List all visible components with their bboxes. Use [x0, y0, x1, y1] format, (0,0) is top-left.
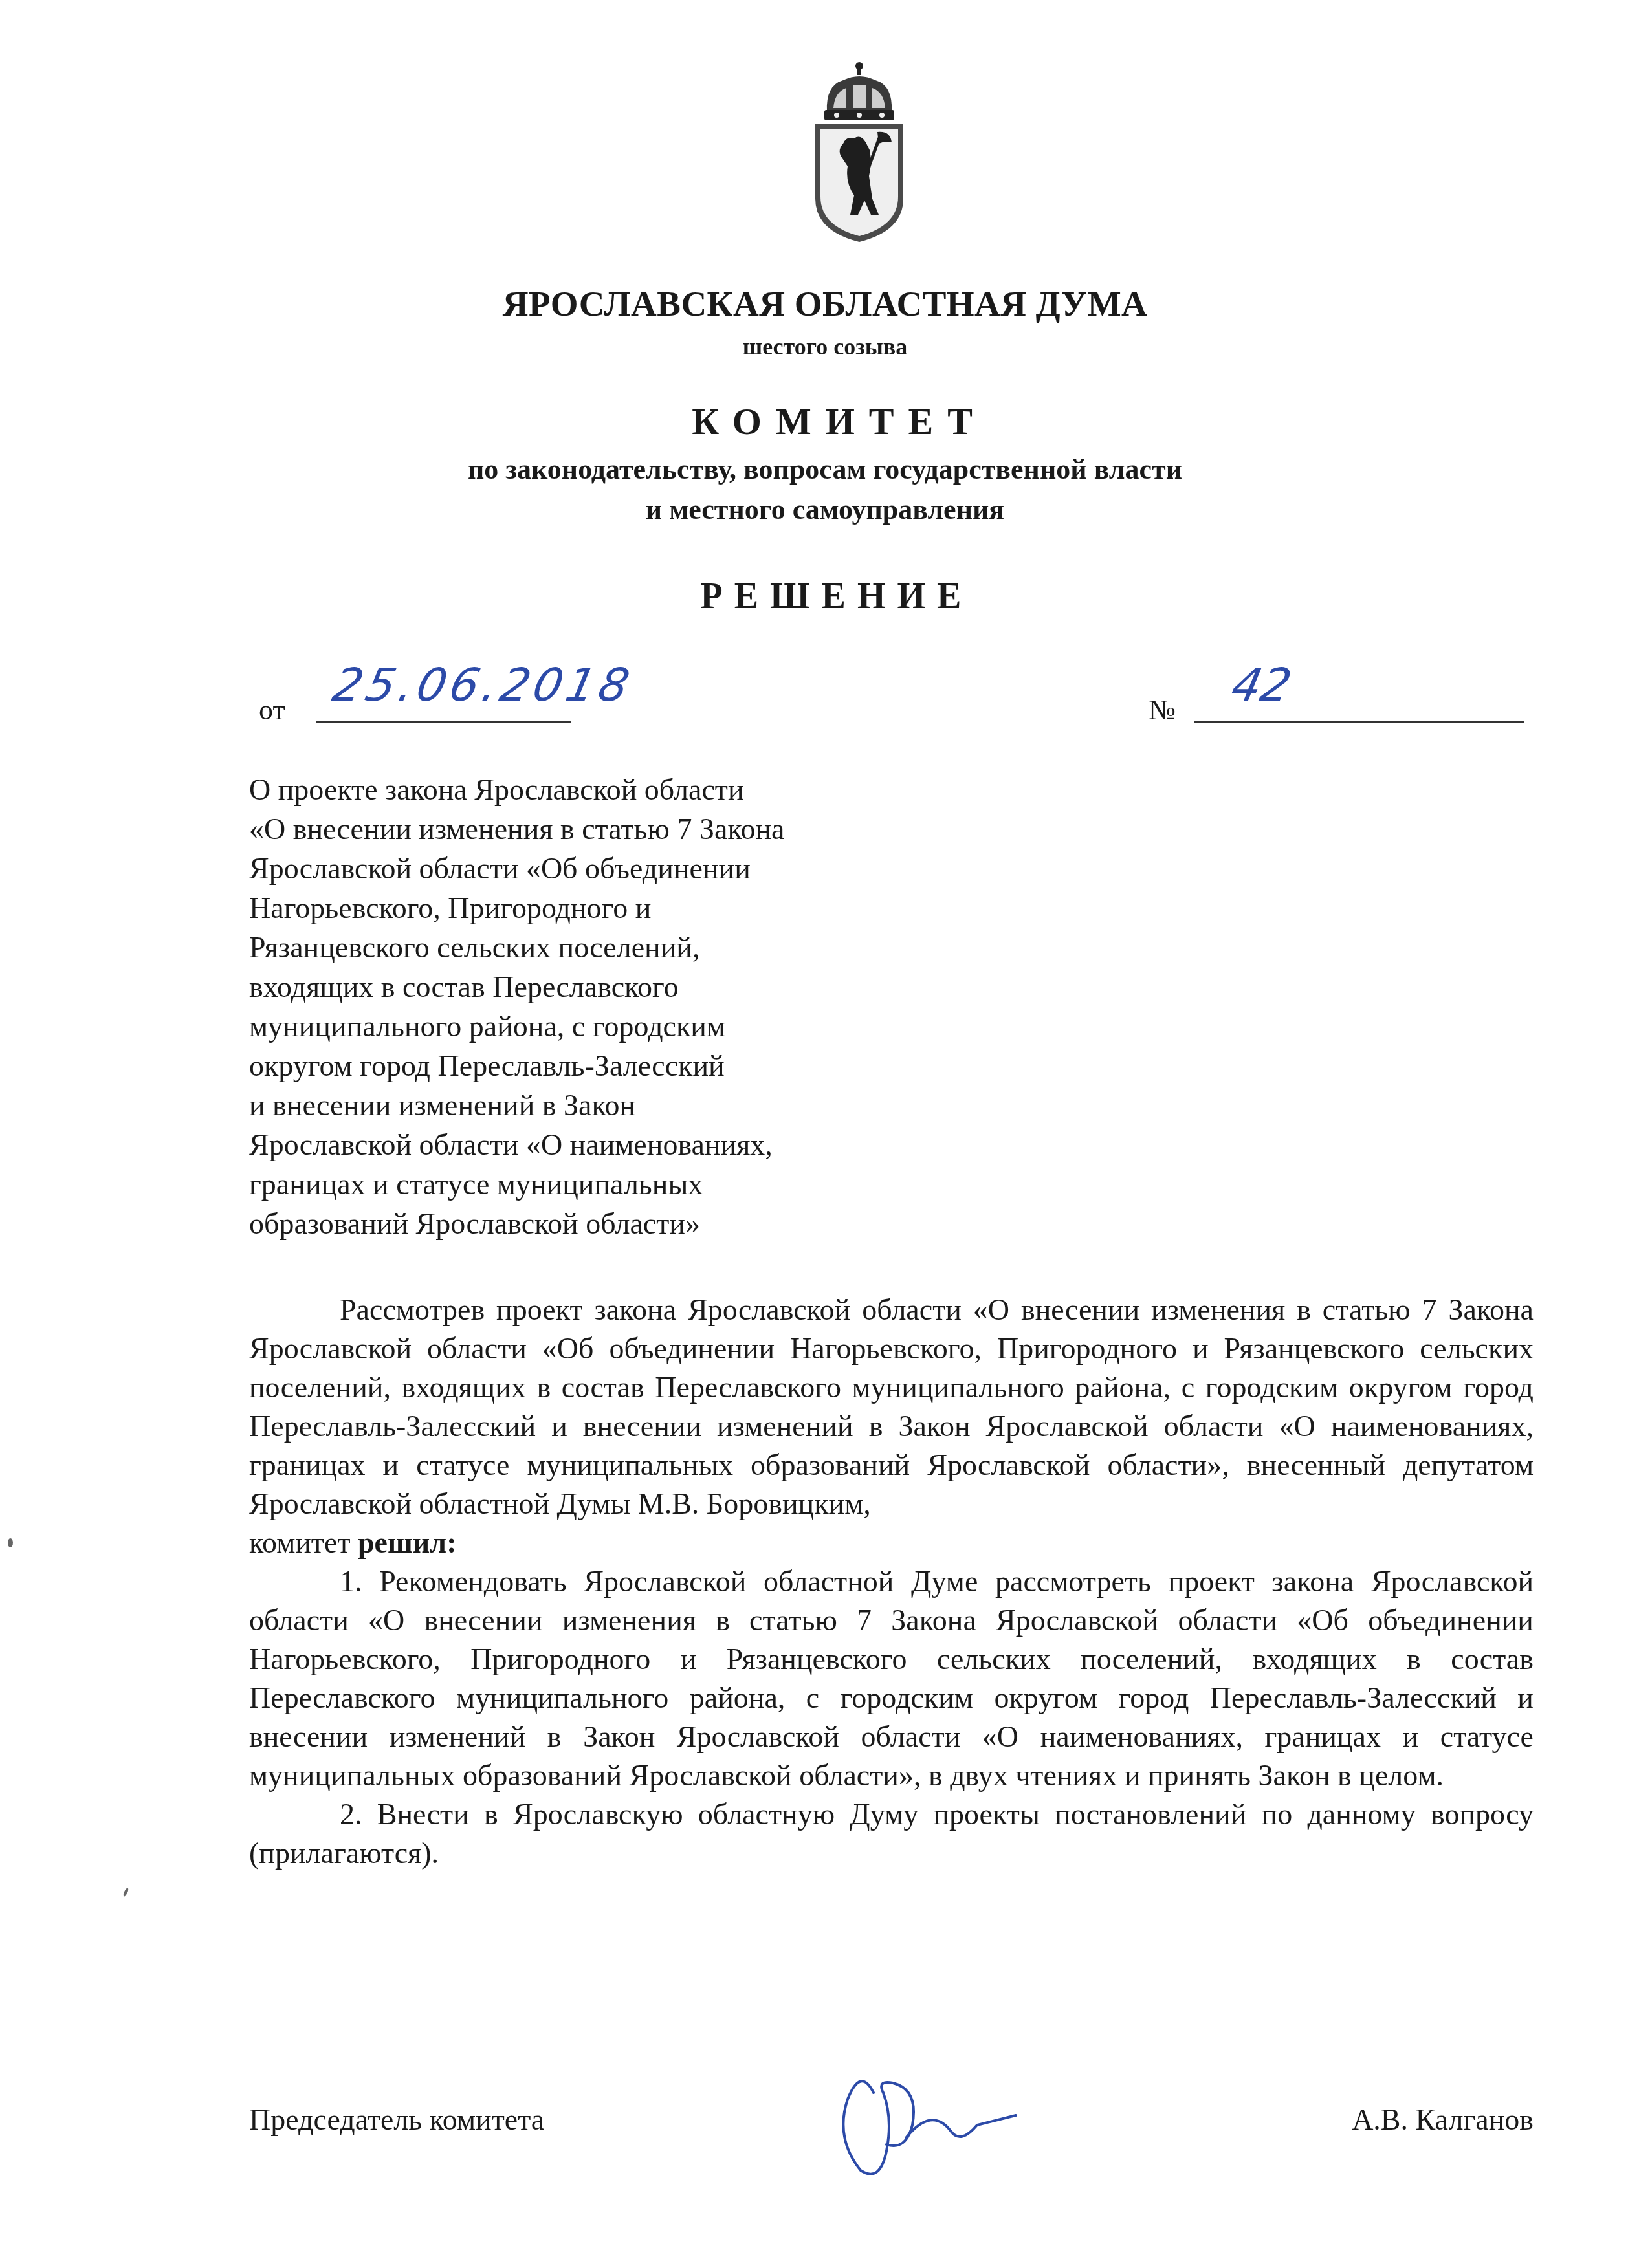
- subject-line: Ярославской области «О наименованиях,: [249, 1125, 1026, 1164]
- committee-name-line1: по законодательству, вопросам государств…: [0, 453, 1650, 486]
- scan-speck: [8, 1538, 13, 1547]
- signatory-name: А.В. Калганов: [1352, 2102, 1534, 2137]
- subject-line: О проекте закона Ярославской области: [249, 770, 1026, 809]
- resolved-keyword: решил:: [358, 1526, 456, 1559]
- subject-line: Ярославской области «Об объединении: [249, 849, 1026, 888]
- coat-of-arms-emblem: [808, 60, 911, 244]
- date-label: от: [259, 693, 285, 726]
- signature-icon: [822, 2054, 1035, 2183]
- date-value-handwritten: 25.06.2018: [328, 659, 637, 712]
- subject-line: входящих в состав Переславского: [249, 967, 1026, 1007]
- document-type-title: РЕШЕНИЕ: [0, 576, 1650, 617]
- resolved-line: комитет решил:: [249, 1523, 1534, 1562]
- date-number-row: от 25.06.2018 № 42: [259, 653, 1553, 731]
- decision-item-2: 2. Внести в Ярославскую областную Думу п…: [249, 1795, 1534, 1873]
- committee-label: КОМИТЕТ: [0, 400, 1650, 443]
- number-field: 42: [1194, 653, 1524, 723]
- subject-line: округом город Переславль-Залесский: [249, 1046, 1026, 1085]
- subject-line: Нагорьевского, Пригородного и: [249, 888, 1026, 928]
- organization-title: ЯРОСЛАВСКАЯ ОБЛАСТНАЯ ДУМА: [0, 283, 1650, 324]
- subject-line: муниципального района, с городским: [249, 1007, 1026, 1046]
- scan-speck: [122, 1888, 129, 1897]
- bear-emblem-icon: [808, 60, 911, 244]
- number-value-handwritten: 42: [1227, 659, 1296, 712]
- decision-item-1: 1. Рекомендовать Ярославской областной Д…: [249, 1562, 1534, 1795]
- number-label: №: [1149, 693, 1176, 726]
- signatory-role: Председатель комитета: [249, 2102, 544, 2137]
- convocation-subtitle: шестого созыва: [0, 333, 1650, 360]
- subject-block: О проекте закона Ярославской области «О …: [249, 770, 1026, 1243]
- handwritten-signature: [822, 2054, 1035, 2183]
- subject-line: Рязанцевского сельских поселений,: [249, 928, 1026, 967]
- subject-line: и внесении изменений в Закон: [249, 1085, 1026, 1125]
- date-field: 25.06.2018: [316, 653, 571, 723]
- subject-line: образований Ярославской области»: [249, 1204, 1026, 1243]
- decision-body: Рассмотрев проект закона Ярославской обл…: [249, 1291, 1534, 1873]
- subject-line: границах и статусе муниципальных: [249, 1164, 1026, 1204]
- preamble-paragraph: Рассмотрев проект закона Ярославской обл…: [249, 1291, 1534, 1523]
- committee-name-line2: и местного самоуправления: [0, 493, 1650, 526]
- subject-line: «О внесении изменения в статью 7 Закона: [249, 809, 1026, 849]
- resolved-prefix: комитет: [249, 1526, 358, 1559]
